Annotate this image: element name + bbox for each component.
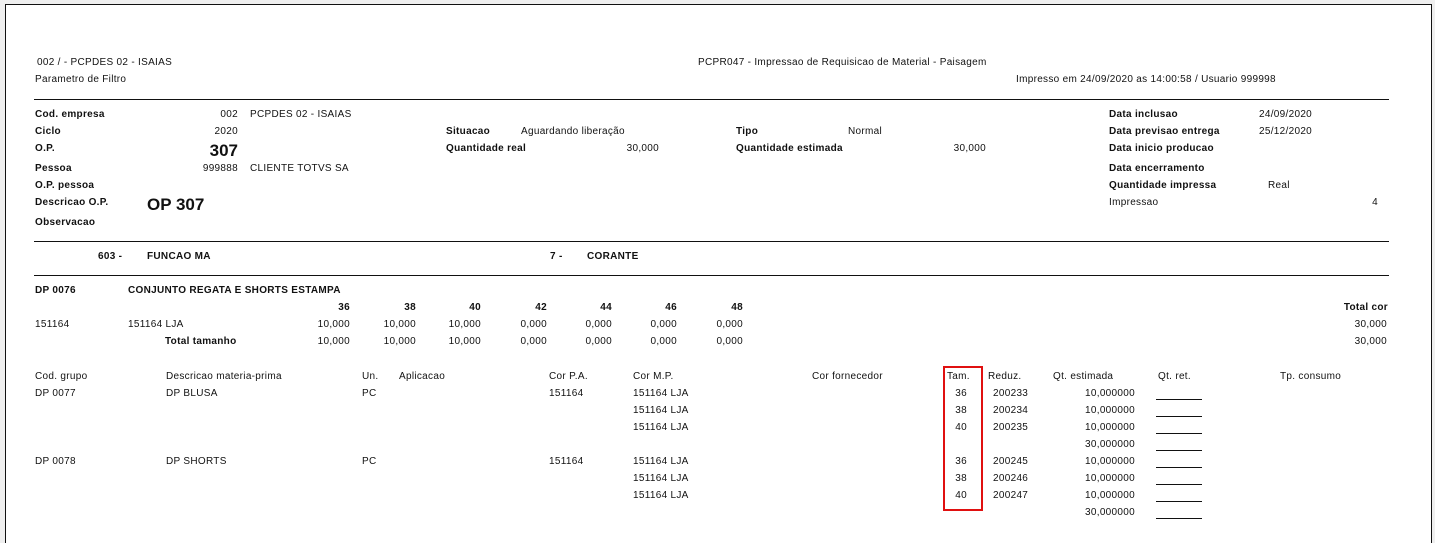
- data-inclusao-label: Data inclusao: [1109, 109, 1178, 121]
- size-total-value: 0,000: [562, 336, 612, 348]
- divider: [34, 241, 1389, 242]
- col-reduz: Reduz.: [988, 371, 1022, 383]
- material-qt-estimada: 10,000000: [1060, 405, 1135, 417]
- pessoa-name: CLIENTE TOTVS SA: [250, 163, 349, 175]
- size-header: 46: [637, 302, 677, 314]
- col-cor-fornecedor: Cor fornecedor: [812, 371, 883, 383]
- qtd-real-value: 30,000: [600, 143, 659, 155]
- corante-code: 7 -: [550, 251, 563, 263]
- material-qt-estimada: 10,000000: [1060, 490, 1135, 502]
- ciclo-label: Ciclo: [35, 126, 61, 138]
- data-previsao-value: 25/12/2020: [1259, 126, 1312, 138]
- descricao-op-value: OP 307: [147, 196, 204, 214]
- op-pessoa-label: O.P. pessoa: [35, 180, 94, 192]
- funcao-code: 603 -: [98, 251, 122, 263]
- material-qt-estimada: 10,000000: [1060, 473, 1135, 485]
- size-header: 38: [376, 302, 416, 314]
- product-code: DP 0076: [35, 285, 76, 297]
- qtd-real-label: Quantidade real: [446, 143, 526, 155]
- cod-empresa-label: Cod. empresa: [35, 109, 105, 121]
- material-cor-mp: 151164 LJA: [633, 490, 689, 502]
- qt-ret-blank: [1156, 518, 1202, 519]
- size-color-value: 10,000: [300, 319, 350, 331]
- material-subtotal: 30,000000: [1060, 439, 1135, 451]
- divider: [34, 275, 1389, 276]
- qt-ret-blank: [1156, 416, 1202, 417]
- size-color-value: 0,000: [627, 319, 677, 331]
- cod-empresa-value: 002: [200, 109, 238, 121]
- qt-ret-blank: [1156, 484, 1202, 485]
- size-color-value: 10,000: [431, 319, 481, 331]
- color-total: 30,000: [1320, 319, 1387, 331]
- qtd-estimada-label: Quantidade estimada: [736, 143, 843, 155]
- material-cor-pa: 151164: [549, 456, 583, 468]
- material-reduz: 200234: [993, 405, 1028, 417]
- impressao-value: 4: [1360, 197, 1378, 209]
- qtd-impressa-label: Quantidade impressa: [1109, 180, 1216, 192]
- op-value: 307: [180, 142, 238, 160]
- qtd-estimada-value: 30,000: [930, 143, 986, 155]
- material-qt-estimada: 10,000000: [1060, 388, 1135, 400]
- filter-label: Parametro de Filtro: [35, 74, 126, 86]
- material-un: PC: [362, 456, 377, 468]
- size-color-value: 0,000: [693, 319, 743, 331]
- material-cor-mp: 151164 LJA: [633, 422, 689, 434]
- color-code: 151164: [35, 319, 69, 331]
- funcao-name: FUNCAO MA: [147, 251, 211, 263]
- data-inclusao-value: 24/09/2020: [1259, 109, 1312, 121]
- situacao-label: Situacao: [446, 126, 490, 138]
- size-color-value: 0,000: [562, 319, 612, 331]
- col-tp-consumo: Tp. consumo: [1280, 371, 1341, 383]
- material-reduz: 200233: [993, 388, 1028, 400]
- material-qt-estimada: 10,000000: [1060, 456, 1135, 468]
- material-cor-mp: 151164 LJA: [633, 388, 689, 400]
- pessoa-value: 999888: [180, 163, 238, 175]
- col-cor-mp: Cor M.P.: [633, 371, 674, 383]
- impressao-label: Impressao: [1109, 197, 1158, 209]
- col-qt-ret: Qt. ret.: [1158, 371, 1191, 383]
- size-header: 42: [507, 302, 547, 314]
- material-reduz: 200235: [993, 422, 1028, 434]
- col-descricao: Descricao materia-prima: [166, 371, 282, 383]
- material-reduz: 200246: [993, 473, 1028, 485]
- qt-ret-blank: [1156, 433, 1202, 434]
- col-aplicacao: Aplicacao: [399, 371, 445, 383]
- material-cor-mp: 151164 LJA: [633, 405, 689, 417]
- size-header: 36: [310, 302, 350, 314]
- data-previsao-label: Data previsao entrega: [1109, 126, 1220, 138]
- material-qt-estimada: 10,000000: [1060, 422, 1135, 434]
- report-title: PCPR047 - Impressao de Requisicao de Mat…: [698, 57, 987, 69]
- cod-empresa-name: PCPDES 02 - ISAIAS: [250, 109, 352, 121]
- material-cor-pa: 151164: [549, 388, 583, 400]
- qtd-impressa-value: Real: [1268, 180, 1290, 192]
- material-cod-grupo: DP 0078: [35, 456, 76, 468]
- company-line: 002 / - PCPDES 02 - ISAIAS: [37, 57, 172, 69]
- size-total-value: 10,000: [366, 336, 416, 348]
- data-inicio-label: Data inicio producao: [1109, 143, 1214, 155]
- size-color-value: 10,000: [366, 319, 416, 331]
- total-cor-label: Total cor: [1320, 302, 1388, 314]
- qt-ret-blank: [1156, 399, 1202, 400]
- col-qt-estimada: Qt. estimada: [1053, 371, 1113, 383]
- descricao-op-label: Descricao O.P.: [35, 197, 109, 209]
- tipo-value: Normal: [848, 126, 882, 138]
- material-cor-mp: 151164 LJA: [633, 473, 689, 485]
- total-tamanho-label: Total tamanho: [165, 336, 237, 348]
- situacao-value: Aguardando liberação: [521, 126, 625, 138]
- data-encerramento-label: Data encerramento: [1109, 163, 1205, 175]
- printed-info: Impresso em 24/09/2020 as 14:00:58 / Usu…: [1016, 74, 1276, 86]
- size-total-value: 10,000: [431, 336, 481, 348]
- size-color-value: 0,000: [497, 319, 547, 331]
- size-total-value: 0,000: [693, 336, 743, 348]
- corante-name: CORANTE: [587, 251, 639, 263]
- tipo-label: Tipo: [736, 126, 758, 138]
- material-cod-grupo: DP 0077: [35, 388, 76, 400]
- qt-ret-blank: [1156, 501, 1202, 502]
- tam-column-highlight: [943, 366, 983, 511]
- size-total-value: 0,000: [627, 336, 677, 348]
- pessoa-label: Pessoa: [35, 163, 72, 175]
- material-un: PC: [362, 388, 377, 400]
- total-tamanho-total: 30,000: [1320, 336, 1387, 348]
- size-header: 40: [441, 302, 481, 314]
- col-un: Un.: [362, 371, 378, 383]
- product-name: CONJUNTO REGATA E SHORTS ESTAMPA: [128, 285, 341, 297]
- col-cor-pa: Cor P.A.: [549, 371, 588, 383]
- op-label: O.P.: [35, 143, 55, 155]
- size-header: 44: [572, 302, 612, 314]
- color-name: 151164 LJA: [128, 319, 184, 331]
- qt-ret-blank: [1156, 467, 1202, 468]
- col-cod-grupo: Cod. grupo: [35, 371, 87, 383]
- material-subtotal: 30,000000: [1060, 507, 1135, 519]
- material-descricao: DP SHORTS: [166, 456, 227, 468]
- material-cor-mp: 151164 LJA: [633, 456, 689, 468]
- ciclo-value: 2020: [200, 126, 238, 138]
- qt-ret-blank: [1156, 450, 1202, 451]
- material-descricao: DP BLUSA: [166, 388, 218, 400]
- material-reduz: 200245: [993, 456, 1028, 468]
- size-total-value: 10,000: [300, 336, 350, 348]
- divider: [34, 99, 1389, 100]
- size-header: 48: [703, 302, 743, 314]
- material-reduz: 200247: [993, 490, 1028, 502]
- size-total-value: 0,000: [497, 336, 547, 348]
- observacao-label: Observacao: [35, 217, 95, 229]
